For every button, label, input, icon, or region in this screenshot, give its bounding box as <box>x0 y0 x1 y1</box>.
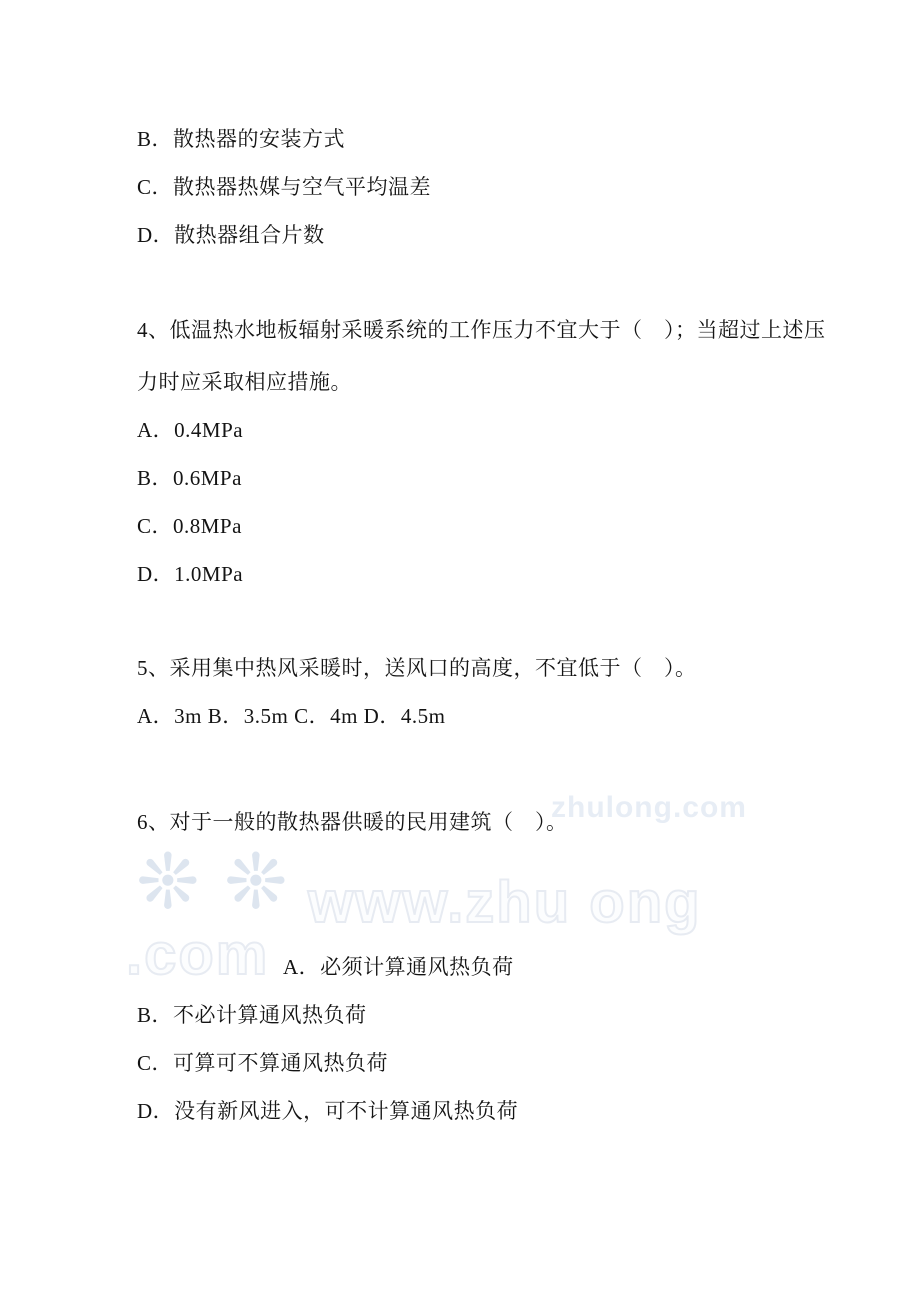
question-3-option-c: C．散热器热媒与空气平均温差 <box>137 175 431 199</box>
question-4-option-c: C．0.8MPa <box>137 514 242 538</box>
question-6-option-d: D．没有新风进入，可不计算通风热负荷 <box>137 1099 518 1123</box>
snowflake-ornament-icon: ❊ <box>224 844 288 920</box>
question-6-option-c: C．可算可不算通风热负荷 <box>137 1051 388 1075</box>
question-6-option-a: A．必须计算通风热负荷 <box>283 955 514 979</box>
snowflake-ornament-icon: ❊ <box>136 844 200 920</box>
question-3-option-b: B．散热器的安装方式 <box>137 127 345 151</box>
question-6-option-b: B．不必计算通风热负荷 <box>137 1003 367 1027</box>
large-url-watermark-line1: www.zhu ong <box>308 872 702 934</box>
question-4-stem-line1: 4、低温热水地板辐射采暖系统的工作压力不宜大于（ ）；当超过上述压 <box>137 318 826 342</box>
question-6-stem: 6、对于一般的散热器供暖的民用建筑（ ）。 <box>137 810 568 834</box>
large-url-watermark-line2: .com <box>126 924 269 986</box>
question-5-stem: 5、采用集中热风采暖时，送风口的高度，不宜低于（ ）。 <box>137 656 697 680</box>
question-5-options-inline: A．3m B．3.5m C．4m D．4.5m <box>137 704 445 728</box>
zhulong-brand-watermark: zhulong.com <box>551 791 747 825</box>
document-page: zhulong.com ❊ ❊ www.zhu ong .com B．散热器的安… <box>0 0 920 1302</box>
question-4-option-b: B．0.6MPa <box>137 466 242 490</box>
question-4-option-d: D．1.0MPa <box>137 562 243 586</box>
question-3-option-d: D．散热器组合片数 <box>137 223 325 247</box>
question-4-option-a: A．0.4MPa <box>137 418 243 442</box>
question-4-stem-line2: 力时应采取相应措施。 <box>137 370 352 394</box>
